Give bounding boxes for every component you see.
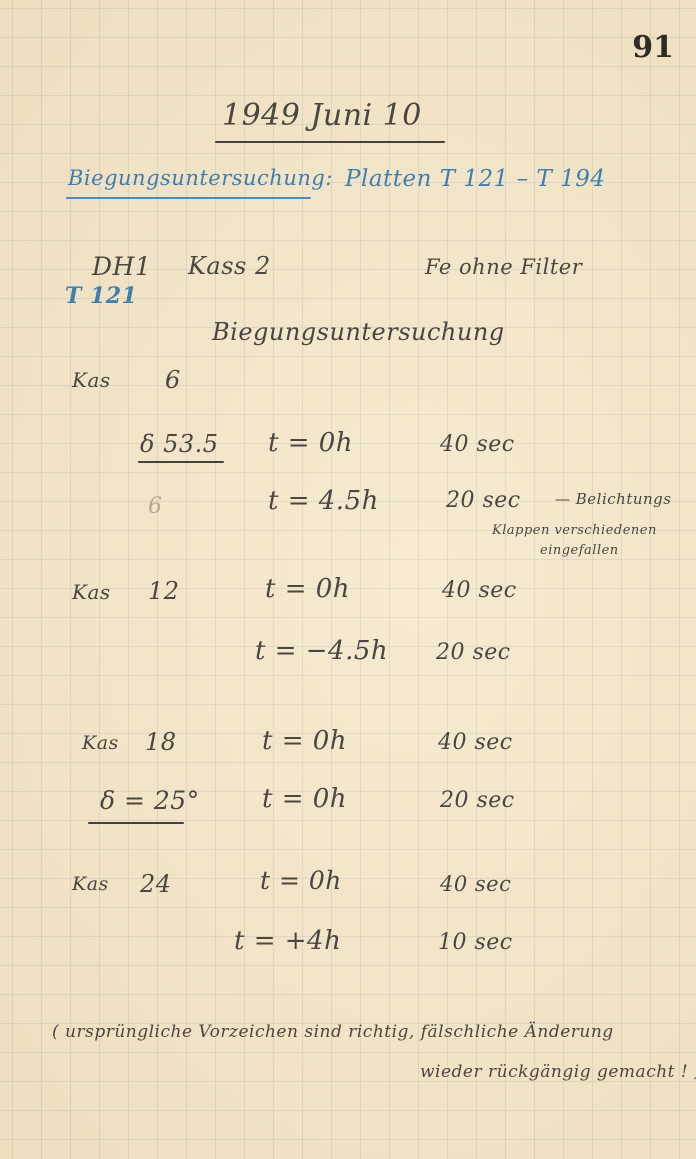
entry-exposure: 20 sec bbox=[436, 640, 511, 665]
entry-time: t = 0h bbox=[260, 866, 342, 895]
notebook-page: 91 1949 Juni 10 Biegungsuntersuchung: Pl… bbox=[0, 0, 696, 1159]
filter-condition: Fe ohne Filter bbox=[425, 255, 582, 279]
angle-underline bbox=[88, 822, 184, 824]
entry-time: t = 0h bbox=[268, 428, 353, 458]
footnote-line-2: wieder rückgängig gemacht ! ) bbox=[420, 1062, 696, 1082]
entry-exposure: 40 sec bbox=[440, 872, 511, 896]
entry-time: t = 0h bbox=[265, 574, 350, 604]
section-title: Biegungsuntersuchung bbox=[212, 318, 505, 346]
specimen-id: DH1 bbox=[92, 252, 151, 281]
angle-underline bbox=[138, 461, 224, 463]
entry-angle: δ = 25° bbox=[100, 786, 200, 815]
entry-kasse-number: 12 bbox=[148, 577, 180, 605]
kasse-label: Kass 2 bbox=[188, 252, 271, 280]
entry-angle: δ 53.5 bbox=[140, 430, 219, 458]
entry-kasse-label: Kas bbox=[72, 368, 111, 392]
entry-exposure: 20 sec bbox=[440, 788, 515, 813]
entry-kasse-number: 24 bbox=[140, 870, 172, 898]
entry-kasse-number: 18 bbox=[145, 728, 177, 756]
entry-time: t = +4h bbox=[234, 926, 341, 956]
entry-time: t = 0h bbox=[262, 784, 347, 814]
date-underline bbox=[215, 141, 445, 143]
subject-heading: Biegungsuntersuchung: bbox=[68, 166, 333, 190]
date-heading: 1949 Juni 10 bbox=[222, 98, 422, 133]
entry-kasse-label: Kas bbox=[82, 732, 119, 754]
entry-exposure: 10 sec bbox=[438, 930, 513, 955]
entry-exposure: 40 sec bbox=[440, 432, 515, 457]
page-number: 91 bbox=[632, 30, 674, 65]
entry-exposure: 40 sec bbox=[438, 730, 513, 755]
entry-exposure: 20 sec bbox=[446, 488, 521, 513]
entry-kasse-label: Kas bbox=[72, 873, 109, 895]
subject-underline bbox=[66, 197, 311, 199]
entry-note-line3: eingefallen bbox=[540, 543, 619, 558]
margin-faint-number: 6 bbox=[148, 494, 163, 519]
entry-time: t = 4.5h bbox=[268, 486, 379, 516]
entry-kasse-label: Kas bbox=[72, 580, 111, 604]
entry-exposure: 40 sec bbox=[442, 578, 517, 603]
plates-range: Platten T 121 – T 194 bbox=[345, 166, 606, 192]
entry-kasse-number: 6 bbox=[165, 366, 181, 394]
entry-time: t = −4.5h bbox=[255, 636, 388, 666]
entry-time: t = 0h bbox=[262, 726, 347, 756]
entry-note-line2: Klappen verschiedenen bbox=[492, 523, 657, 538]
entry-note: — Belichtungs bbox=[555, 490, 671, 508]
plate-t121: T 121 bbox=[65, 283, 137, 309]
footnote-line-1: ( ursprüngliche Vorzeichen sind richtig,… bbox=[52, 1022, 614, 1042]
